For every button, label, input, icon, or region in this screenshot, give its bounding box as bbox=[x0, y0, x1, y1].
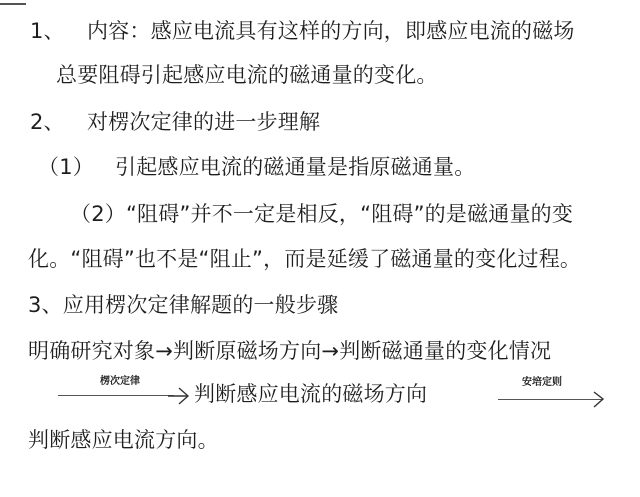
section3-steps-line3: 判断感应电流方向。 bbox=[28, 426, 219, 454]
corner-border-mark bbox=[0, 0, 26, 5]
section1-content-text: 内容：感应电流具有这样的方向，即感应电流的磁场 bbox=[87, 19, 575, 43]
section3-steps-line1: 明确研究对象→判断原磁场方向→判断磁通量的变化情况 bbox=[28, 337, 551, 365]
item1-text: 引起感应电流的磁通量是指原磁通量。 bbox=[115, 155, 475, 179]
section2-item2-line1: （2）“阻碍”并不一定是相反，“阻碍”的是磁通量的变 bbox=[70, 200, 573, 228]
section2-number: 2、 bbox=[30, 108, 87, 136]
section2-item2-line2: 化。“阻碍”也不是“阻止”，而是延缓了磁通量的变化过程。 bbox=[28, 245, 581, 273]
item1-number: （1） bbox=[38, 153, 115, 181]
section1-number: 1、 bbox=[30, 17, 87, 45]
section1-line2: 总要阻碍引起感应电流的磁通量的变化。 bbox=[56, 61, 438, 89]
arrow2-line bbox=[498, 399, 602, 400]
section1-line1: 1、内容：感应电流具有这样的方向，即感应电流的磁场 bbox=[30, 17, 575, 45]
arrow1-label: 楞次定律 bbox=[100, 376, 140, 388]
arrow1-line bbox=[58, 395, 174, 396]
arrow2-head-icon bbox=[592, 391, 606, 409]
section3-title: 3、应用楞次定律解题的一般步骤 bbox=[28, 291, 338, 319]
section3-steps-line2-text: 判断感应电流的磁场方向 bbox=[194, 380, 427, 408]
section2-title: 对楞次定律的进一步理解 bbox=[87, 110, 320, 134]
arrow1-head-icon bbox=[168, 386, 190, 406]
arrow2-label: 安培定则 bbox=[522, 377, 562, 389]
section2-heading: 2、对楞次定律的进一步理解 bbox=[30, 108, 320, 136]
section2-item1: （1）引起感应电流的磁通量是指原磁通量。 bbox=[38, 153, 475, 181]
